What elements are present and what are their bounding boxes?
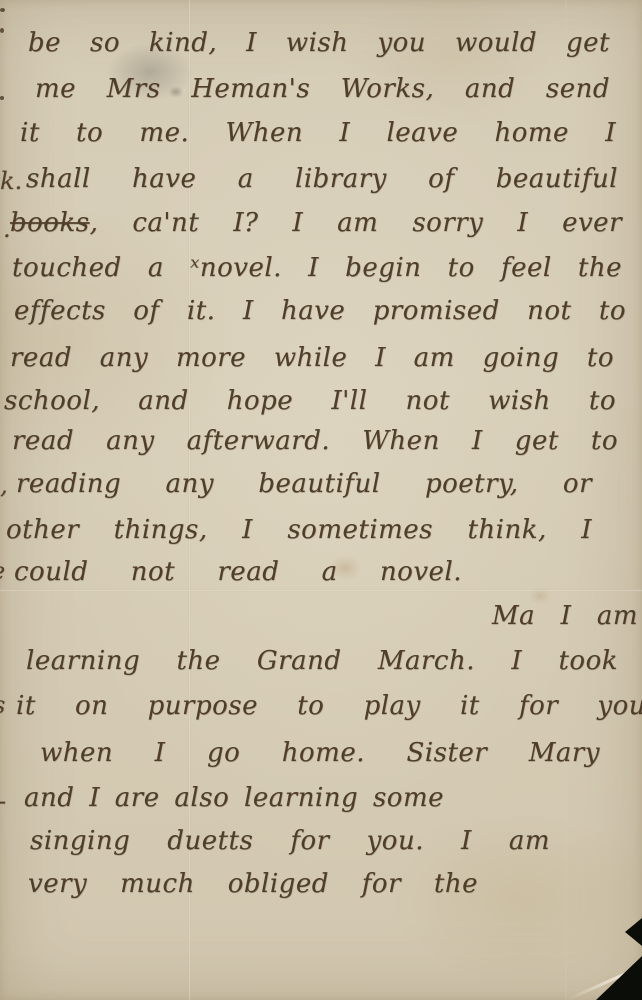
letter-line-12: other things, I sometimes think, I [6, 513, 592, 547]
letter-line-7: effects of it. I have promised not to [14, 294, 626, 328]
letter-line-6: touched a ˣnovel. I begin to feel the [12, 251, 622, 285]
edge-ink-fragment [0, 96, 4, 100]
margin-mark-k: k. [0, 166, 22, 196]
letter-line-1: be so kind, I wish you would get [28, 26, 610, 60]
margin-mark-comma: , [0, 470, 8, 500]
struck-word: books [10, 208, 90, 238]
letter-line-15: learning the Grand March. I took [26, 644, 618, 678]
margin-mark-dot: . [3, 214, 11, 244]
letter-line-17: when I go home. Sister Mary [40, 736, 600, 770]
letter-line-11: reading any beautiful poetry, or [16, 467, 592, 501]
letter-line-3: it to me. When I leave home I [20, 116, 616, 150]
letter-line-5: books, ca'nt I? I am sorry I ever [10, 206, 622, 240]
letter-line-4: shall have a library of beautiful [26, 162, 618, 196]
letter-line-13: could not read a novel. [14, 555, 462, 589]
letter-line-5-rest: , ca'nt I? I am sorry I ever [90, 208, 622, 238]
paper-corner-edge-highlight [566, 954, 642, 1000]
letter-line-19: singing duetts for you. I am [30, 824, 550, 858]
letter-page: be so kind, I wish you would get me Mrs … [0, 0, 642, 1000]
letter-line-8: read any more while I am going to [10, 341, 614, 375]
letter-line-14: Ma I am [492, 599, 638, 633]
letter-line-10: read any afterward. When I get to [12, 424, 618, 458]
margin-mark-cutoff-letter: e [0, 556, 5, 586]
letter-line-9: school, and hope I'll not wish to [4, 384, 616, 418]
edge-ink-fragment [0, 8, 5, 12]
margin-mark-s: s [0, 690, 5, 720]
photo-backdrop: be so kind, I wish you would get me Mrs … [0, 0, 642, 1000]
letter-line-16: it on purpose to play it for you [16, 689, 642, 723]
horizontal-fold-crease [0, 589, 642, 592]
letter-line-2: me Mrs Heman's Works, and send [35, 72, 610, 106]
margin-mark-dash: - [0, 786, 6, 816]
letter-line-18: and I are also learning some [24, 781, 444, 815]
letter-line-20: very much obliged for the [28, 867, 478, 901]
edge-ink-fragment [0, 28, 4, 33]
